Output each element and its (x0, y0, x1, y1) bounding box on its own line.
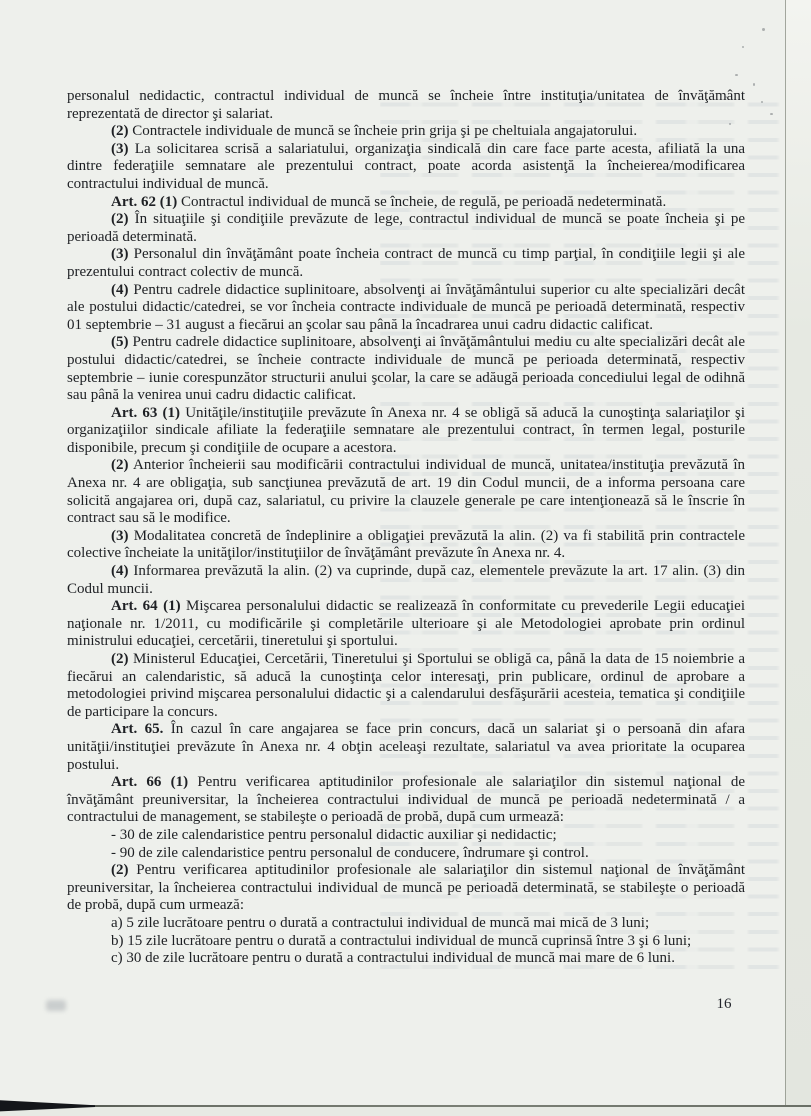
scan-speck (735, 74, 738, 76)
paragraph-lead: (4) (111, 563, 129, 579)
paragraph: Art. 65. În cazul în care angajarea se f… (67, 721, 745, 774)
paragraph: Art. 62 (1) Contractul individual de mun… (67, 194, 745, 212)
paragraph-lead: (3) (111, 141, 129, 157)
page-right-edge (785, 0, 811, 1116)
paragraph-lead: Art. 62 (1) (111, 194, 177, 210)
paragraph: - 30 de zile calendaristice pentru perso… (67, 827, 745, 845)
paragraph: a) 5 zile lucrătoare pentru o durată a c… (67, 915, 745, 933)
scan-speck (753, 83, 755, 86)
paragraph-lead: Art. 64 (1) (111, 598, 181, 614)
paragraph-lead: (2) (111, 211, 129, 227)
paragraph: (2) Ministerul Educaţiei, Cercetării, Ti… (67, 651, 745, 721)
paragraph: (2) Pentru verificarea aptitudinilor pro… (67, 862, 745, 915)
paragraph-lead: Art. 65. (111, 721, 163, 737)
paragraph-lead: (3) (111, 246, 129, 262)
paragraph: Art. 66 (1) Pentru verificarea aptitudin… (67, 774, 745, 827)
bleed-smudge (46, 1000, 66, 1011)
page-bottom-edge-line (0, 1105, 811, 1107)
paragraph: (4) Pentru cadrele didactice suplinitoar… (67, 282, 745, 335)
paragraph-lead: Art. 63 (1) (111, 405, 180, 421)
scan-speck (729, 123, 731, 125)
paragraph: Art. 64 (1) Mişcarea personalului didact… (67, 598, 745, 651)
paragraph: - 90 de zile calendaristice pentru perso… (67, 845, 745, 863)
paragraph-lead: (2) (111, 651, 129, 667)
paragraph: Art. 63 (1) Unităţile/instituţiile prevă… (67, 405, 745, 458)
scan-speck (742, 46, 744, 48)
scan-bottom-background (0, 1107, 811, 1116)
scan-speck (762, 28, 765, 31)
paragraph: (2) Contractele individuale de muncă se … (67, 123, 745, 141)
paragraph: (3) Personalul din învăţământ poate înch… (67, 246, 745, 281)
paragraph-lead: (2) (111, 862, 129, 878)
paragraph: c) 30 de zile lucrătoare pentru o durată… (67, 950, 745, 968)
paragraph: (4) Informarea prevăzută la alin. (2) va… (67, 563, 745, 598)
paragraph-lead: (4) (111, 282, 129, 298)
paragraph-lead: (5) (111, 334, 129, 350)
paragraph: (2) Anterior încheierii sau modificării … (67, 457, 745, 527)
scan-speck (761, 101, 763, 103)
paragraph-lead: (2) (111, 457, 129, 473)
paragraph-lead: (2) (111, 123, 129, 139)
paragraph: personalul nedidactic, contractul indivi… (67, 88, 745, 123)
paragraph: (3) La solicitarea scrisă a salariatului… (67, 141, 745, 194)
paragraph-lead: Art. 66 (1) (111, 774, 188, 790)
page-number: 16 (702, 996, 746, 1013)
paragraph: b) 15 zile lucrătoare pentru o durată a … (67, 933, 745, 951)
paragraph: (5) Pentru cadrele didactice suplinitoar… (67, 334, 745, 404)
scan-speck (724, 96, 727, 98)
paragraph: (2) În situaţiile şi condiţiile prevăzut… (67, 211, 745, 246)
scan-speck (770, 113, 773, 115)
paragraph-lead: (3) (111, 528, 129, 544)
body-text: personalul nedidactic, contractul indivi… (67, 88, 745, 968)
scanned-document-page: personalul nedidactic, contractul indivi… (0, 0, 811, 1116)
paragraph: (3) Modalitatea concretă de îndeplinire … (67, 528, 745, 563)
